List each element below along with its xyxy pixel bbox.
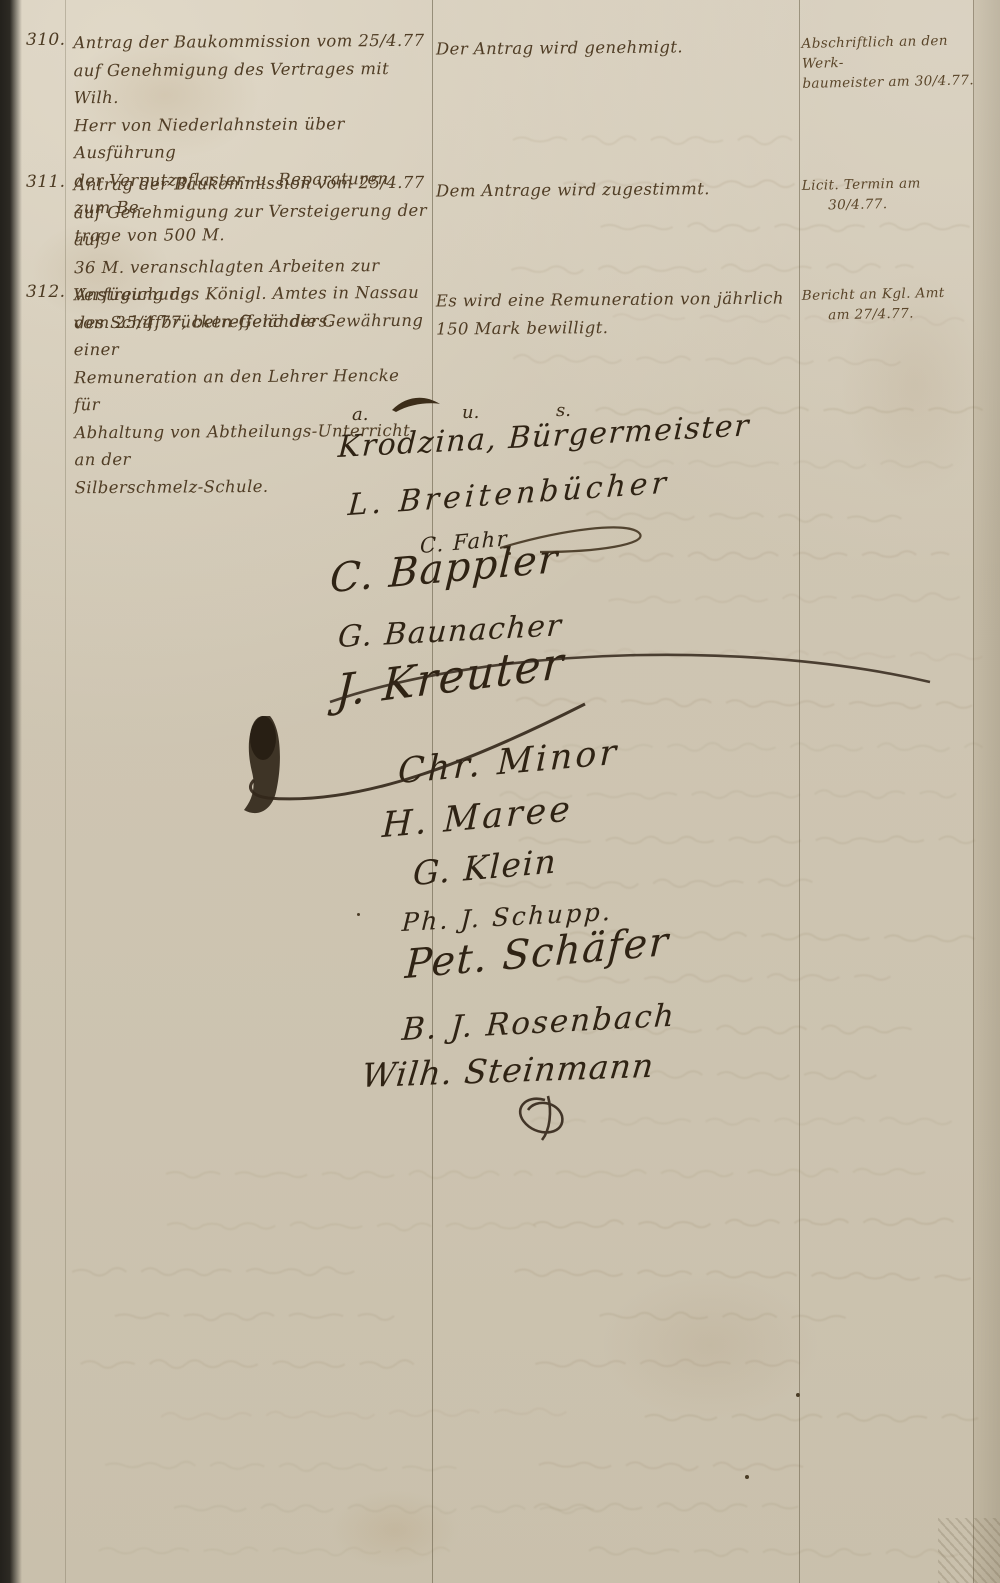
margin-rule [65,0,66,1583]
entry-body-line: auf Genehmigung zur Versteigerung der au… [74,196,430,253]
signature-rosenbach: B. J. Rosenbach [401,998,677,1049]
page-edge-rule [973,0,974,1583]
resolution-line: 150 Mark bewilligt. [436,312,788,343]
entry-resolution: Es wird eine Remuneration von jährlich 1… [436,284,788,343]
note-line: baumeister am 30/4.77. [802,70,984,94]
page-corner-texture [938,1518,1000,1583]
entry-number: 310. [26,30,65,50]
paraph-flourish [520,1096,562,1140]
page-right-edge [973,0,1000,1583]
entry-body: Verfügung des Königl. Amtes in Nassau vo… [73,279,431,501]
ink-speck [745,1475,749,1479]
entry-resolution: Dem Antrage wird zugestimmt. [436,174,788,205]
note-line: am 27/4.77. [802,302,984,326]
ink-blot [244,716,280,813]
entry-body-line: Herr von Niederlahnstein über Ausführung [74,109,430,166]
closing-letter-a: a. [352,404,368,425]
signature-steinmann: Wilh. Steinmann [360,1046,656,1095]
note-line: 30/4.77. [802,192,984,216]
paper-stain [600,1270,820,1420]
signature-klein: G. Klein [412,841,558,893]
entry-body-line: Antrag der Baukommission vom 25/4.77 [73,27,429,57]
entry-body-line: auf Genehmigung des Vertrages mit Wilh. [73,54,429,111]
ink-speck [357,913,360,916]
entry-resolution: Der Antrag wird genehmigt. [436,32,788,63]
entry-body-line: Verfügung des Königl. Amtes in Nassau [73,279,429,309]
signature-maree: H. Maree [381,789,573,846]
ink-blot-core [250,716,276,760]
entry-margin-note: Abschriftlich an den Werk- baumeister am… [801,30,984,94]
entry-number: 312. [26,282,65,302]
entry-margin-note: Licit. Termin am 30/4.77. [802,172,985,216]
resolution-line: Dem Antrage wird zugestimmt. [436,174,788,205]
note-line: Abschriftlich an den Werk- [801,30,984,74]
signature-minor: Chr. Minor [397,733,619,793]
entry-number: 311. [26,172,65,192]
resolution-line: Der Antrag wird genehmigt. [436,32,788,63]
book-gutter-edge [0,0,22,1583]
signature-bappler: C. Bappler [329,536,560,602]
column-rule-1 [432,0,433,1583]
resolution-line: Es wird eine Remuneration von jährlich [436,284,788,315]
column-rule-2 [799,0,800,1583]
closing-letter-u: u. [462,402,479,423]
entry-margin-note: Bericht an Kgl. Amt am 27/4.77. [802,282,985,326]
entry-body-line: Antrag der Baukommission vom 25/4.77 [73,169,429,199]
entry-body-line: vom 25/4.77, betreffend die Gewährung ei… [73,306,429,363]
paper-stain [330,1490,460,1570]
manuscript-page: 310. Antrag der Baukommission vom 25/4.7… [0,0,1000,1583]
